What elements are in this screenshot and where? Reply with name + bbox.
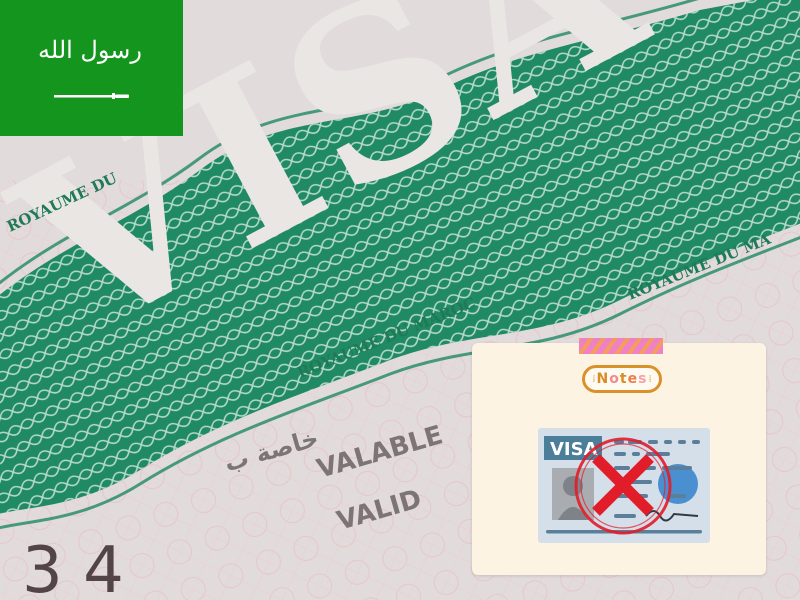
handwritten-number: 3 4 (22, 534, 124, 600)
sparkle-icon: ⁞ (648, 374, 651, 385)
saudi-flag: لا إله إلا الله محمد رسول الله (0, 0, 183, 136)
notes-card: ⁞ Notes ⁞ VISA (472, 343, 766, 575)
person-icon (563, 476, 583, 496)
washi-tape (579, 338, 663, 354)
sword-icon (0, 0, 183, 136)
notes-badge: ⁞ Notes ⁞ (582, 365, 662, 393)
svg-text:VISA: VISA (550, 439, 598, 460)
rejected-visa-illustration: VISA (538, 428, 710, 543)
notes-label: Notes (597, 371, 648, 387)
visa-stamp-photo: VISA ROYAUME DU ROYAUME DU MAROC ROYAUME… (0, 0, 800, 600)
sparkle-icon: ⁞ (592, 374, 595, 385)
